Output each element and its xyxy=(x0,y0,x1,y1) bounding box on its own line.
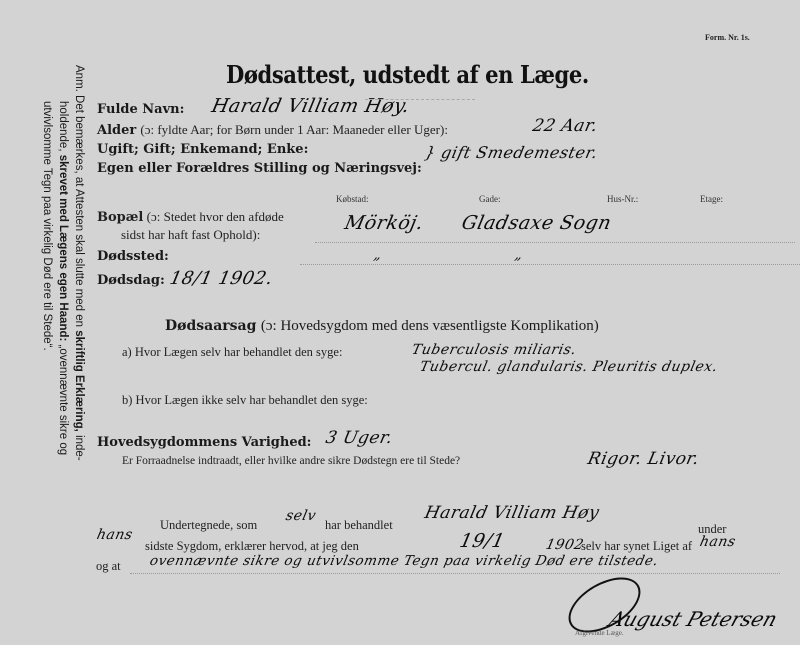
declaration-date-value[interactable]: 19/1 xyxy=(458,530,507,552)
cause-a-label: a) Hvor Lægen selv har behandlet den syg… xyxy=(122,345,342,360)
form-number: Form. Nr. 1s. xyxy=(705,33,750,42)
declaration-margin-his[interactable]: hans xyxy=(95,527,134,543)
signature-caption: Afgivende Læge. xyxy=(575,629,624,637)
name-wavy-line xyxy=(365,99,475,104)
duration-label: Hovedsygdommens Varighed: xyxy=(97,435,311,450)
declaration-name-value[interactable]: Harald Villiam Høy xyxy=(423,503,601,523)
declaration-dotted-line xyxy=(130,572,780,574)
age-value[interactable]: 22 Aar. xyxy=(531,116,600,136)
side-note-line-1: Anm. Det bemærkes, at Attesten skal slut… xyxy=(71,65,87,625)
declaration-line2-pre: sidste Sygdom, erklærer hervod, at jeg d… xyxy=(145,539,359,554)
marital-label: Ugift; Gift; Enkemand; Enke: xyxy=(97,142,308,157)
name-label: Fulde Navn: xyxy=(97,102,184,117)
declaration-line3-pre: og at xyxy=(96,559,121,574)
cause-b-label: b) Hvor Lægen ikke selv har behandlet de… xyxy=(122,393,368,408)
occupation-label: Egen eller Forældres Stilling og Nærings… xyxy=(97,161,422,176)
column-house-nr: Hus-Nr.: xyxy=(607,194,638,204)
date-of-death-value[interactable]: 18/1 1902. xyxy=(168,268,275,289)
place-of-death-ditto-town[interactable]: „ xyxy=(372,247,383,263)
declaration-year-value[interactable]: 1902 xyxy=(544,537,585,553)
place-of-death-ditto-street[interactable]: „ xyxy=(513,247,524,263)
address-street-value[interactable]: Gladsaxe Sogn xyxy=(460,212,614,234)
address-town-value[interactable]: Mörköj. xyxy=(343,212,426,234)
declaration-line1-pre: Undertegnede, som xyxy=(160,518,257,533)
duration-value[interactable]: 3 Uger. xyxy=(324,428,395,448)
decay-label: Er Forraadnelse indtraadt, eller hvilke … xyxy=(122,455,460,467)
column-town: Købstad: xyxy=(336,194,369,204)
column-floor: Etage: xyxy=(700,194,723,204)
cause-a-value-line1[interactable]: Tuberculosis miliaris. xyxy=(410,342,578,358)
signature: August Petersen xyxy=(606,607,780,631)
side-note-line-2: holdende, skrevet med Lægens egen Haand:… xyxy=(55,65,71,625)
declaration-his-value[interactable]: hans xyxy=(698,534,737,550)
age-label: Alder (ɔ: fyldte Aar; for Børn under 1 A… xyxy=(97,122,448,138)
document-title: Dødsattest, udstedt af en Læge. xyxy=(226,60,589,89)
address-label-line2: sidst har haft fast Ophold): xyxy=(121,227,260,243)
cause-label: Dødsaarsag (ɔ: Hovedsygdom med dens væse… xyxy=(165,318,599,335)
cause-a-value-line2[interactable]: Tubercul. glandularis. Pleuritis duplex. xyxy=(418,359,719,375)
declaration-signs-value[interactable]: ovennævnte sikre og utvivlsomme Tegn paa… xyxy=(148,553,660,569)
address-label: Bopæl (ɔ: Stedet hvor den afdøde xyxy=(97,209,284,225)
declaration-self-value[interactable]: selv xyxy=(284,508,317,524)
occupation-value[interactable]: } gift Smedemester. xyxy=(423,143,600,162)
place-of-death-dotted-line xyxy=(300,263,800,265)
date-of-death-label: Dødsdag: xyxy=(97,273,165,288)
address-dotted-line xyxy=(315,241,795,243)
column-street: Gade: xyxy=(479,194,501,204)
declaration-line1-mid: har behandlet xyxy=(325,518,393,533)
side-note: Anm. Det bemærkes, at Attesten skal slut… xyxy=(39,65,87,625)
declaration-line2-mid: selv har synet Liget af xyxy=(581,539,692,554)
place-of-death-label: Dødssted: xyxy=(97,249,169,264)
side-note-line-3: utvivlsomme Tegn paa virkelig Død ere ti… xyxy=(39,65,55,625)
decay-value[interactable]: Rigor. Livor. xyxy=(586,449,701,469)
